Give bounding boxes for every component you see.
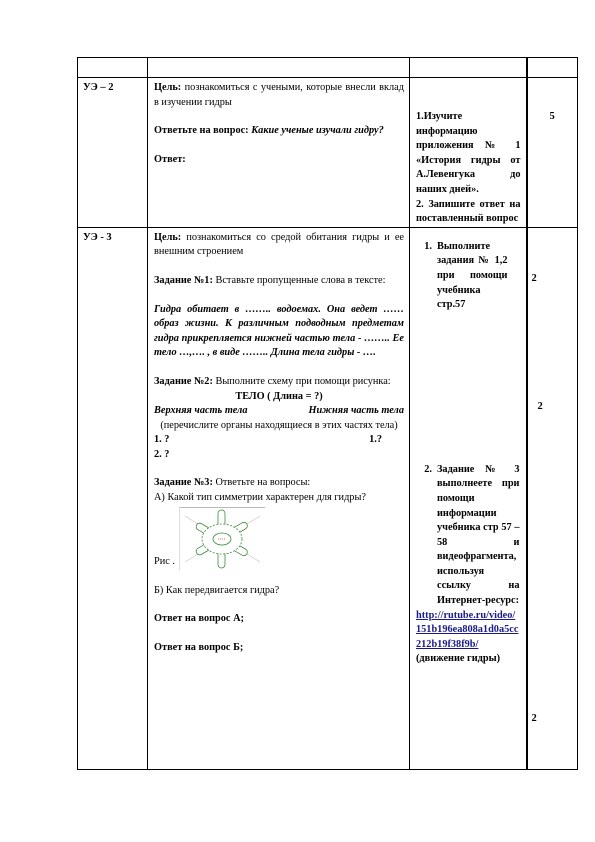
goal-label: Цель:: [154, 82, 181, 93]
question-text: Какие ученые изучали гидру?: [249, 125, 384, 136]
answer-label: Ответ:: [154, 153, 404, 168]
task2-text: Выполните схему при помощи рисунка:: [213, 376, 391, 387]
task1-text: Вставьте пропущенные слова в тексте:: [213, 275, 386, 286]
score-value: 2: [538, 401, 543, 412]
element-code: УЭ – 2: [78, 78, 147, 93]
content-cell: Цель: познакомиться со средой обитания г…: [148, 227, 410, 769]
instructions-cell: 1. Выполните задания № 1,2 при помощи уч…: [410, 227, 527, 769]
instructions-cell: 1.Изучите информацию приложения № 1 «Ист…: [410, 78, 527, 228]
task3-text: Ответьте на вопросы:: [213, 477, 310, 488]
link-note: (движение гидры): [416, 652, 520, 667]
score-cell: 2 2 2: [527, 227, 578, 769]
scheme-upper: Верхняя часть тела: [154, 404, 247, 419]
instruction-item: 2. Запишите ответ на поставленный вопрос: [416, 198, 521, 227]
goal-label: Цель:: [154, 232, 181, 243]
task3-label: Задание №3:: [154, 477, 213, 488]
table-header-row: [78, 58, 578, 78]
answer-b-label: Ответ на вопрос Б;: [154, 641, 404, 656]
task1-label: Задание №1:: [154, 275, 213, 286]
answer-a-label: Ответ на вопрос А;: [154, 612, 404, 627]
scheme-left-item: 1. ?: [154, 433, 169, 448]
score-value: 5: [550, 111, 555, 122]
score-value: 2: [532, 273, 537, 284]
document-page: УЭ – 2 Цель: познакомиться с учеными, ко…: [0, 0, 595, 842]
score-cell: 5: [527, 78, 578, 228]
question-b: Б) Как передвигается гидра?: [154, 584, 404, 599]
question-label: Ответьте на вопрос:: [154, 125, 249, 136]
element-code-cell: УЭ – 2: [78, 78, 148, 228]
scheme-lower: Нижняя часть тела: [309, 404, 404, 419]
scheme-note: (перечислите органы находящиеся в этих ч…: [154, 419, 404, 434]
goal-text: познакомиться со средой обитания гидры и…: [154, 232, 404, 258]
lesson-table: УЭ – 2 Цель: познакомиться с учеными, ко…: [77, 57, 578, 770]
header-cell: [527, 58, 578, 78]
question-a: А) Какой тип симметрии характерен для ги…: [154, 491, 404, 506]
figure-caption: Рис .: [154, 555, 175, 570]
video-link[interactable]: http://rutube.ru/video/151b196ea808a1d0a…: [416, 610, 518, 650]
instruction-item: 2. Задание № 3 выполнеете при помощи инф…: [412, 463, 520, 609]
header-cell: [148, 58, 410, 78]
task1-passage: Гидра обитает в …….. водоемах. Она ведет…: [154, 303, 404, 361]
task2-label: Задание №2:: [154, 376, 213, 387]
table-row: УЭ - 3 Цель: познакомиться со средой оби…: [78, 227, 578, 769]
element-code: УЭ - 3: [78, 228, 147, 243]
header-cell: [410, 58, 527, 78]
scheme-left-item: 2. ?: [154, 448, 404, 463]
header-cell: [78, 58, 148, 78]
scheme-title: ТЕЛО ( Длина = ?): [154, 390, 404, 405]
hydra-symmetry-icon: [179, 507, 265, 570]
content-cell: Цель: познакомиться с учеными, которые в…: [148, 78, 410, 228]
scheme-right-item: 1.?: [369, 433, 404, 448]
element-code-cell: УЭ - 3: [78, 227, 148, 769]
goal-text: познакомиться с учеными, которые внесли …: [154, 82, 404, 108]
table-row: УЭ – 2 Цель: познакомиться с учеными, ко…: [78, 78, 578, 228]
instruction-item: 1. Выполните задания № 1,2 при помощи уч…: [412, 240, 520, 313]
score-value: 2: [532, 713, 537, 724]
instruction-item: 1.Изучите информацию приложения № 1 «Ист…: [416, 110, 521, 198]
